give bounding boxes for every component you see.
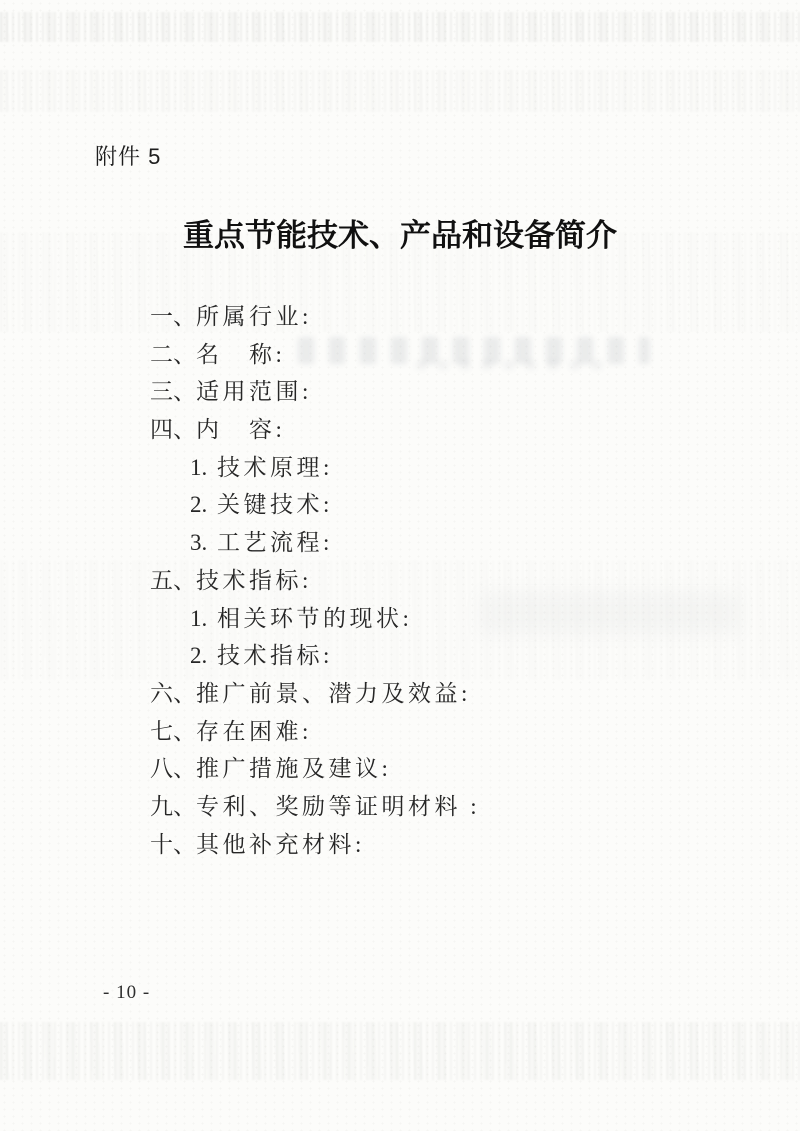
list-item-text: 推广措施及建议: bbox=[196, 756, 391, 781]
list-item-marker: 二、 bbox=[150, 336, 196, 374]
list-item: 四、内 容: bbox=[150, 411, 710, 449]
scan-noise-band bbox=[0, 12, 800, 42]
list-item-marker: 五、 bbox=[150, 562, 196, 600]
page-number: - 10 - bbox=[103, 982, 150, 1004]
list-item-text: 存在困难: bbox=[196, 719, 312, 744]
list-item: 2.关键技术: bbox=[190, 486, 710, 524]
list-item: 九、专利、奖励等证明材料 : bbox=[150, 788, 710, 826]
list-item-marker: 1. bbox=[190, 600, 217, 638]
list-item-text: 推广前景、潜力及效益: bbox=[196, 681, 471, 706]
list-item-marker: 八、 bbox=[150, 750, 196, 788]
list-item: 1.技术原理: bbox=[190, 449, 710, 487]
list-item-marker: 六、 bbox=[150, 675, 196, 713]
outline-list: 一、所属行业:二、名 称:三、适用范围:四、内 容:1.技术原理:2.关键技术:… bbox=[150, 298, 710, 863]
list-item: 2.技术指标: bbox=[190, 637, 710, 675]
list-item-text: 技术指标: bbox=[217, 643, 333, 668]
list-item: 八、推广措施及建议: bbox=[150, 750, 710, 788]
list-item-text: 关键技术: bbox=[217, 492, 333, 517]
document-title: 重点节能技术、产品和设备简介 bbox=[0, 210, 800, 255]
list-item-marker: 四、 bbox=[150, 411, 196, 449]
list-item-text: 技术原理: bbox=[217, 455, 333, 480]
list-item-text: 名 称: bbox=[196, 342, 285, 367]
list-item: 六、推广前景、潜力及效益: bbox=[150, 675, 710, 713]
list-item: 五、技术指标: bbox=[150, 562, 710, 600]
scanned-document-page: 附件 5 重点节能技术、产品和设备简介 一、所属行业:二、名 称:三、适用范围:… bbox=[0, 0, 800, 1131]
list-item-marker: 九、 bbox=[150, 788, 196, 826]
list-item-text: 相关环节的现状: bbox=[217, 606, 412, 631]
list-item-text: 工艺流程: bbox=[217, 530, 333, 555]
list-item-marker: 2. bbox=[190, 486, 217, 524]
list-item-text: 所属行业: bbox=[196, 304, 312, 329]
list-item-text: 内 容: bbox=[196, 417, 285, 442]
attachment-label: 附件 5 bbox=[95, 140, 161, 171]
list-item: 一、所属行业: bbox=[150, 298, 710, 336]
list-item-text: 其他补充材料: bbox=[196, 832, 365, 857]
list-item-marker: 三、 bbox=[150, 373, 196, 411]
list-item: 二、名 称: bbox=[150, 336, 710, 374]
list-item: 三、适用范围: bbox=[150, 373, 710, 411]
list-item-marker: 七、 bbox=[150, 713, 196, 751]
list-item-text: 专利、奖励等证明材料 : bbox=[196, 794, 480, 819]
list-item-marker: 2. bbox=[190, 637, 217, 675]
list-item: 十、其他补充材料: bbox=[150, 826, 710, 864]
list-item: 1.相关环节的现状: bbox=[190, 600, 710, 638]
list-item-marker: 十、 bbox=[150, 826, 196, 864]
list-item-marker: 一、 bbox=[150, 298, 196, 336]
list-item-marker: 3. bbox=[190, 524, 217, 562]
list-item-text: 适用范围: bbox=[196, 379, 312, 404]
scan-noise-band bbox=[0, 1022, 800, 1080]
list-item-marker: 1. bbox=[190, 449, 217, 487]
list-item: 七、存在困难: bbox=[150, 713, 710, 751]
list-item: 3.工艺流程: bbox=[190, 524, 710, 562]
scan-noise-band bbox=[0, 70, 800, 112]
list-item-text: 技术指标: bbox=[196, 568, 312, 593]
